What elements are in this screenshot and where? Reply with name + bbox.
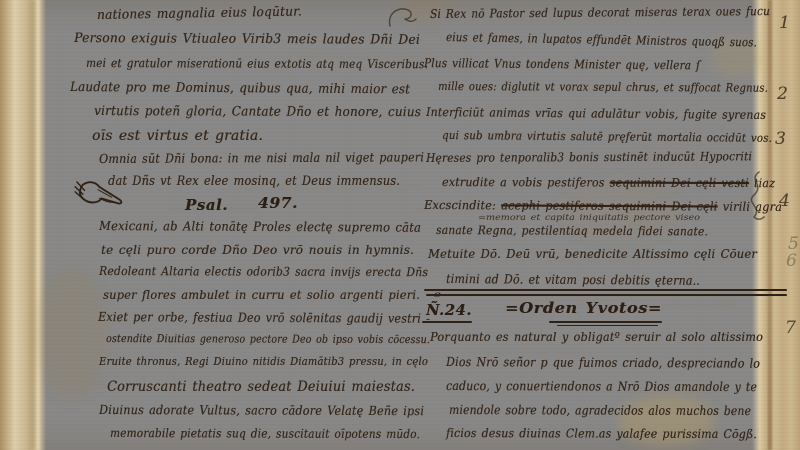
manuscript-line: Plus villicat Vnus tondens Minister quę,… (424, 56, 700, 73)
manuscript-line: mille oues: diglutit vt vorax sepul chru… (438, 80, 768, 96)
manuscript-line: Laudate pro me Dominus, quibus qua, mihi… (70, 80, 410, 98)
manuscript-line: Diuinus adorate Vultus, sacro cādore Vel… (99, 402, 424, 418)
manuscript-line: Interficiūt animas vrīas qui adulātur vo… (426, 105, 766, 122)
manuscript-line: memorabile pietatis suq die, suscitauit … (110, 426, 420, 441)
manuscript-line: Dios Nrō señor p que fuimos criado, desp… (446, 354, 760, 371)
psalm-label: Psal. (185, 196, 228, 214)
corrected-line: Excscindite: acephi pestiferos sequimini… (424, 198, 782, 214)
manuscript-line: Redoleant Altaria electis odorib3 sacra … (99, 264, 428, 280)
manuscript-line: Corruscanti theatro sedeat Deiuiui maies… (107, 379, 415, 395)
manuscript-line: ficios desus diuinas Clem.as yalafee pur… (446, 426, 757, 441)
corrected-line: extrudite a vobis pestiferos sequimini D… (442, 175, 775, 191)
manuscript-page: omnes gentes plauditemisericordias domin… (0, 0, 800, 450)
manuscript-line: nationes magnalia eius loqūtur. (97, 4, 302, 23)
margin-number: 2 (777, 84, 788, 104)
psalm-number: 497. (258, 194, 298, 212)
manuscript-line: Omnia sūt Dñi bona: in me nisi mala nil … (99, 149, 424, 166)
section-title-underline-2 (557, 325, 658, 326)
interlinear-insertion: =memora et capita iniquitatis pectore vi… (478, 213, 700, 223)
manuscript-line: ostendite Diuitias generoso pectore Deo … (106, 332, 430, 346)
page-left-crease (28, 0, 42, 450)
manuscript-text: virili ągra (717, 200, 782, 214)
struck-text: sequimini Dei cęli vesti (610, 176, 749, 190)
manuscript-text: tiaz (749, 176, 775, 190)
manuscript-line: Mexicani, ab Alti tonātę Proles electę s… (99, 218, 421, 235)
manuscript-line: Hęreses pro tenporalib3 bonis sustinēt i… (426, 149, 752, 165)
manuscript-line: qui sub umbra virtutis salutē pręferūt m… (442, 129, 772, 146)
margin-number: 7 (785, 318, 796, 338)
section-divider-rule-bottom (426, 294, 787, 296)
section-title-underline-1 (549, 321, 662, 323)
manuscript-line: Eruite thronus, Regi Diuino nitidis Diam… (99, 355, 428, 369)
manuscript-line: dat Dñs vt Rex elee mosinq, et Deus imme… (108, 174, 400, 190)
struck-text: acephi pestiferos sequimini Dei cęli (501, 198, 717, 213)
manuscript-line: oīs est virtus et gratia. (92, 128, 263, 144)
section-number-underline (422, 321, 472, 323)
section-number: Ñ.24. (426, 302, 472, 319)
section-divider-rule-top (424, 289, 787, 291)
manuscript-line: miendole sobre todo, agradecidos alos mu… (449, 402, 751, 418)
manuscript-line: Si Rex nō Pastor sed lupus decorat miser… (430, 4, 770, 21)
manuscript-line: timini ad Dō. et vitam posi debitis ęter… (446, 271, 700, 288)
manuscript-line: Persono exiguis Vtiualeo Virib3 meis lau… (74, 31, 420, 48)
section-title: =Orden Yvotos= (505, 299, 662, 317)
manuscript-line: Metuite Dō. Deū vrū, benedicite Altissim… (428, 246, 757, 261)
margin-number: 4 (779, 191, 790, 211)
manuscript-line: caduco, y conuertiendonos a Nrō Dios ama… (446, 378, 757, 394)
margin-number: 1 (779, 13, 790, 33)
manuscript-line: Exiet per orbe, festiua Deo vrō solēnita… (98, 309, 430, 326)
manuscript-line: eius et fames, in lupatos effundēt Minis… (446, 30, 757, 50)
manuscript-line: te cęli puro corde Dño Deo vrō nouis in … (101, 242, 414, 257)
margin-number: 3 (775, 129, 786, 149)
margin-number: 6 (786, 251, 797, 271)
manuscript-line: virtutis poteñ gloria, Cantate Dño et ho… (94, 104, 421, 121)
gutter-top-flourish-icon (386, 4, 418, 30)
manuscript-line: mei et gratulor miserationū eius extotis… (86, 56, 428, 72)
manuscript-line: Porquanto es natural y obligatº seruir a… (430, 330, 763, 344)
manuscript-text: extrudite a vobis pestiferos (442, 175, 610, 190)
paper-stain (36, 268, 106, 398)
page-gutter-crease (768, 0, 772, 450)
manuscript-line: super flores ambulet in curru et solio a… (103, 287, 420, 302)
page-gutter-right (752, 0, 800, 450)
manuscript-text: Excscindite: (424, 198, 501, 212)
manuscript-line: sanate Regna, pestilentiaq medela fidei … (436, 223, 708, 239)
